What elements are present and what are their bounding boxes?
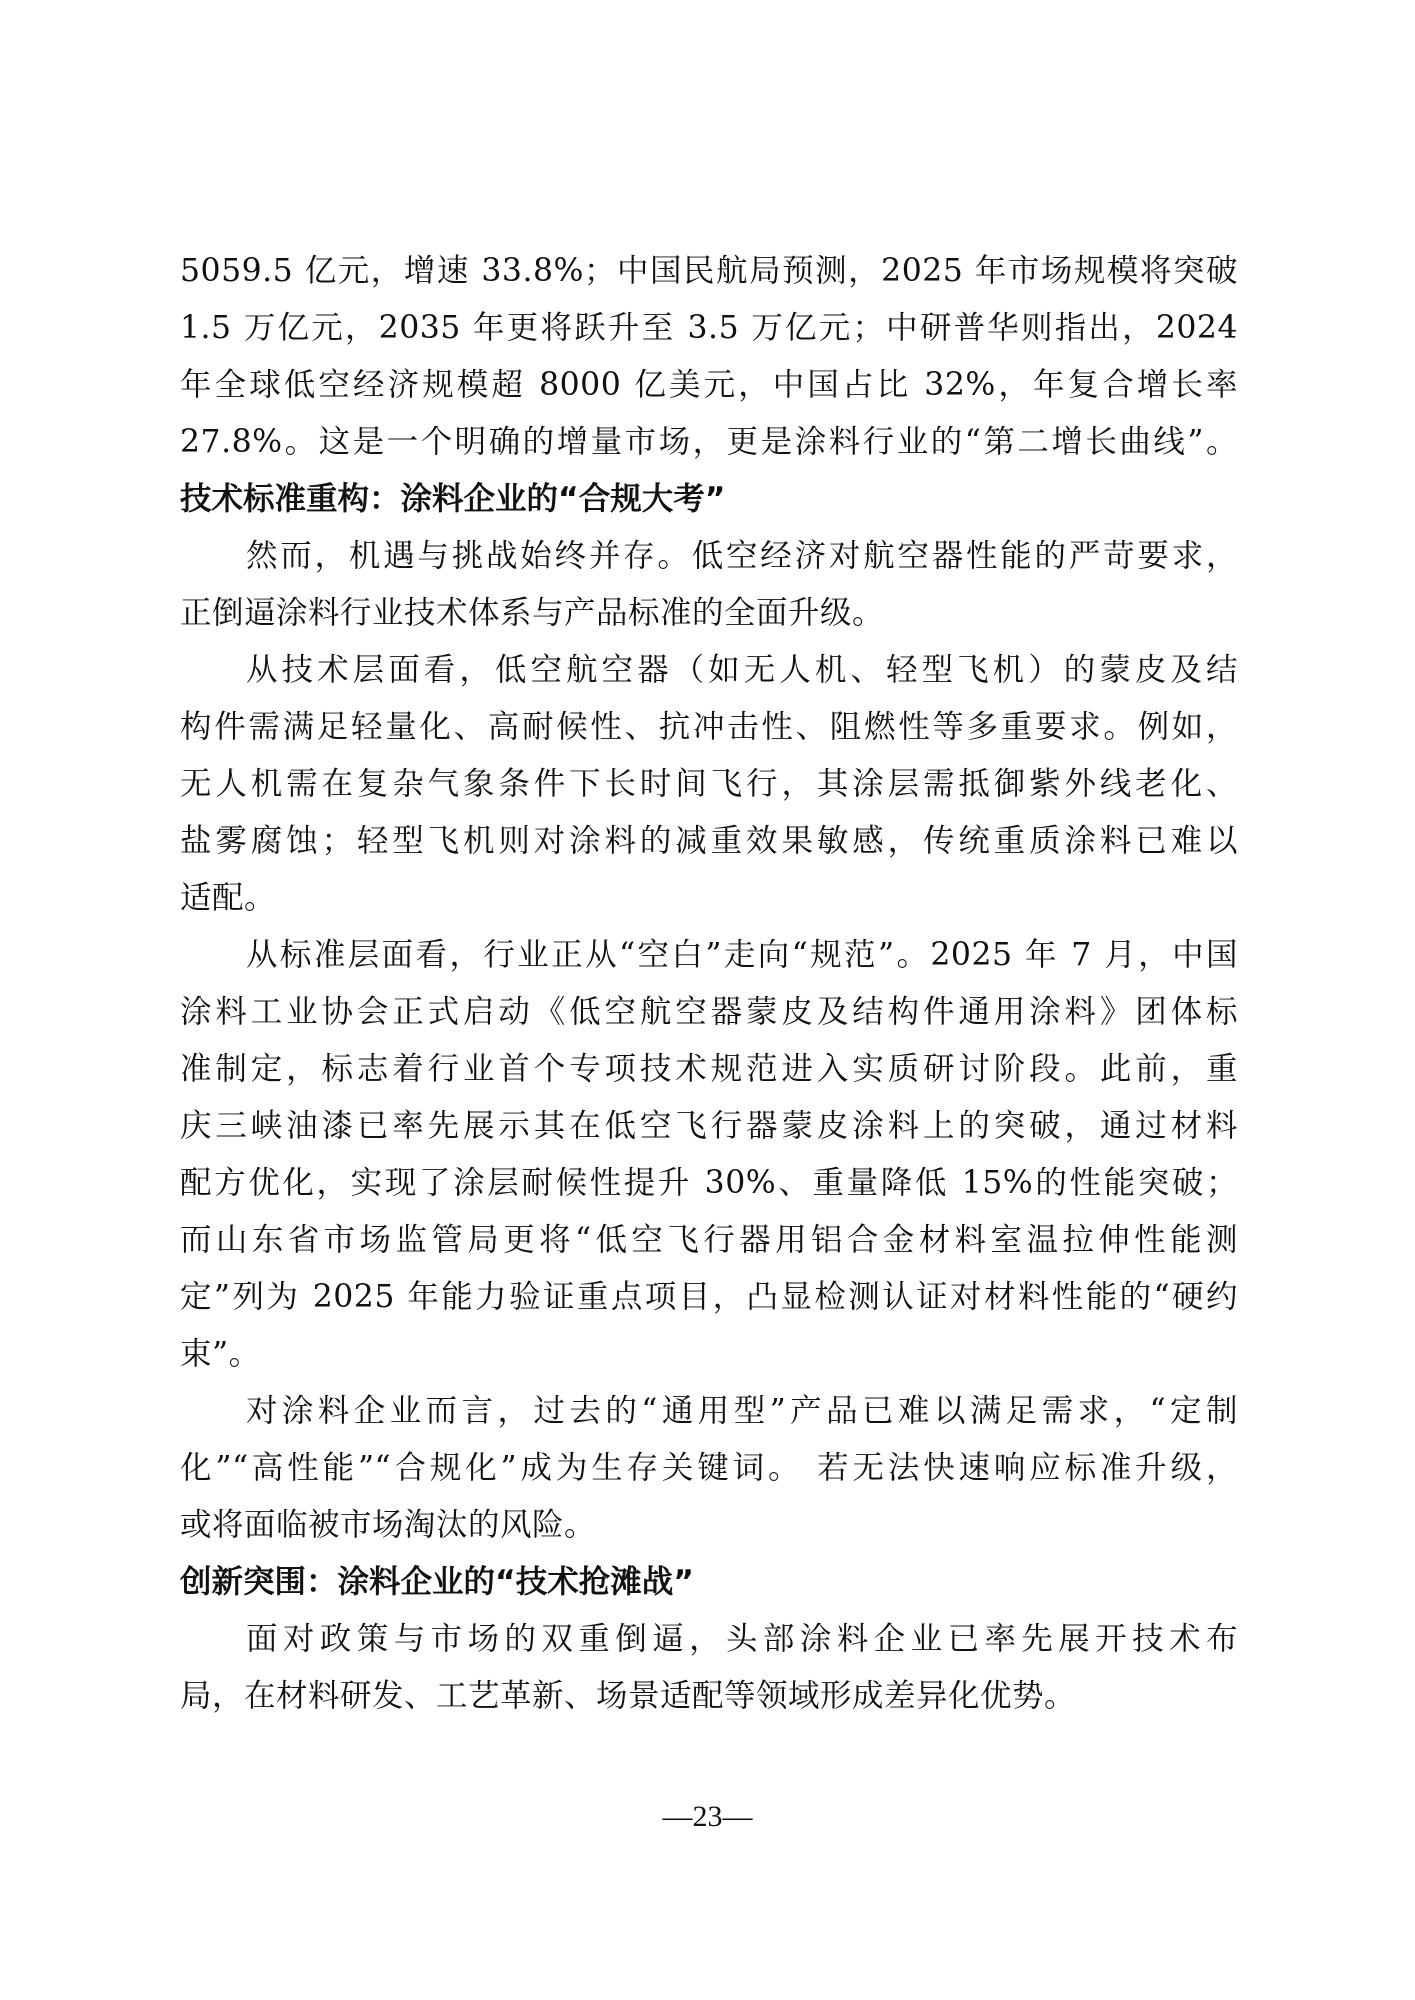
text-line: 定”列为 2025 年能力验证重点项目，凸显检测认证对材料性能的“硬约 xyxy=(180,1269,1238,1326)
text-line: 对涂料企业而言，过去的“通用型”产品已难以满足需求，“定制 xyxy=(180,1383,1238,1440)
text-line: 涂料工业协会正式启动《低空航空器蒙皮及结构件通用涂料》团体标 xyxy=(180,984,1238,1041)
page-number: —23— xyxy=(0,1800,1415,1834)
section-heading-standards: 技术标准重构：涂料企业的“合规大考” xyxy=(180,471,1238,528)
text-line: 构件需满足轻量化、高耐候性、抗冲击性、阻燃性等多重要求。例如， xyxy=(180,699,1238,756)
text-line: 盐雾腐蚀；轻型飞机则对涂料的减重效果敏感，传统重质涂料已难以 xyxy=(180,813,1238,870)
text-line: 化”“高性能”“合规化”成为生存关键词。 若无法快速响应标准升级， xyxy=(180,1440,1238,1497)
paragraph-enterprise-implications: 对涂料企业而言，过去的“通用型”产品已难以满足需求，“定制 化”“高性能”“合规… xyxy=(180,1383,1238,1554)
text-line: 局，在材料研发、工艺革新、场景适配等领域形成差异化优势。 xyxy=(180,1668,1238,1725)
text-line: 5059.5 亿元，增速 33.8%；中国民航局预测，2025 年市场规模将突破 xyxy=(180,243,1238,300)
paragraph-challenges: 然而，机遇与挑战始终并存。低空经济对航空器性能的严苛要求， 正倒逼涂料行业技术体… xyxy=(180,528,1238,642)
document-page: 5059.5 亿元，增速 33.8%；中国民航局预测，2025 年市场规模将突破… xyxy=(0,0,1415,2000)
text-line: 配方优化，实现了涂层耐候性提升 30%、重量降低 15%的性能突破； xyxy=(180,1155,1238,1212)
text-line: 准制定，标志着行业首个专项技术规范进入实质研讨阶段。此前，重 xyxy=(180,1041,1238,1098)
paragraph-innovation-intro: 面对政策与市场的双重倒逼，头部涂料企业已率先展开技术布 局，在材料研发、工艺革新… xyxy=(180,1611,1238,1725)
text-line: 而山东省市场监管局更将“低空飞行器用铝合金材料室温拉伸性能测 xyxy=(180,1212,1238,1269)
paragraph-standard-level: 从标准层面看，行业正从“空白”走向“规范”。2025 年 7 月，中国 涂料工业… xyxy=(180,927,1238,1383)
text-line: 束”。 xyxy=(180,1326,1238,1383)
text-line: 正倒逼涂料行业技术体系与产品标准的全面升级。 xyxy=(180,585,1238,642)
text-line: 面对政策与市场的双重倒逼，头部涂料企业已率先展开技术布 xyxy=(180,1611,1238,1668)
text-line: 从标准层面看，行业正从“空白”走向“规范”。2025 年 7 月，中国 xyxy=(180,927,1238,984)
text-line: 庆三峡油漆已率先展示其在低空飞行器蒙皮涂料上的突破，通过材料 xyxy=(180,1098,1238,1155)
text-line: 适配。 xyxy=(180,870,1238,927)
text-line: 然而，机遇与挑战始终并存。低空经济对航空器性能的严苛要求， xyxy=(180,528,1238,585)
text-line: 从技术层面看，低空航空器（如无人机、轻型飞机）的蒙皮及结 xyxy=(180,642,1238,699)
text-line: 无人机需在复杂气象条件下长时间飞行，其涂层需抵御紫外线老化、 xyxy=(180,756,1238,813)
page-body: 5059.5 亿元，增速 33.8%；中国民航局预测，2025 年市场规模将突破… xyxy=(180,243,1238,1725)
text-line: 年全球低空经济规模超 8000 亿美元，中国占比 32%，年复合增长率 xyxy=(180,357,1238,414)
text-line: 27.8%。这是一个明确的增量市场，更是涂料行业的“第二增长曲线”。 xyxy=(180,414,1238,471)
paragraph-market-size: 5059.5 亿元，增速 33.8%；中国民航局预测，2025 年市场规模将突破… xyxy=(180,243,1238,471)
paragraph-technical-level: 从技术层面看，低空航空器（如无人机、轻型飞机）的蒙皮及结 构件需满足轻量化、高耐… xyxy=(180,642,1238,927)
text-line: 1.5 万亿元，2035 年更将跃升至 3.5 万亿元；中研普华则指出，2024 xyxy=(180,300,1238,357)
text-line: 或将面临被市场淘汰的风险。 xyxy=(180,1497,1238,1554)
section-heading-innovation: 创新突围：涂料企业的“技术抢滩战” xyxy=(180,1554,1238,1611)
